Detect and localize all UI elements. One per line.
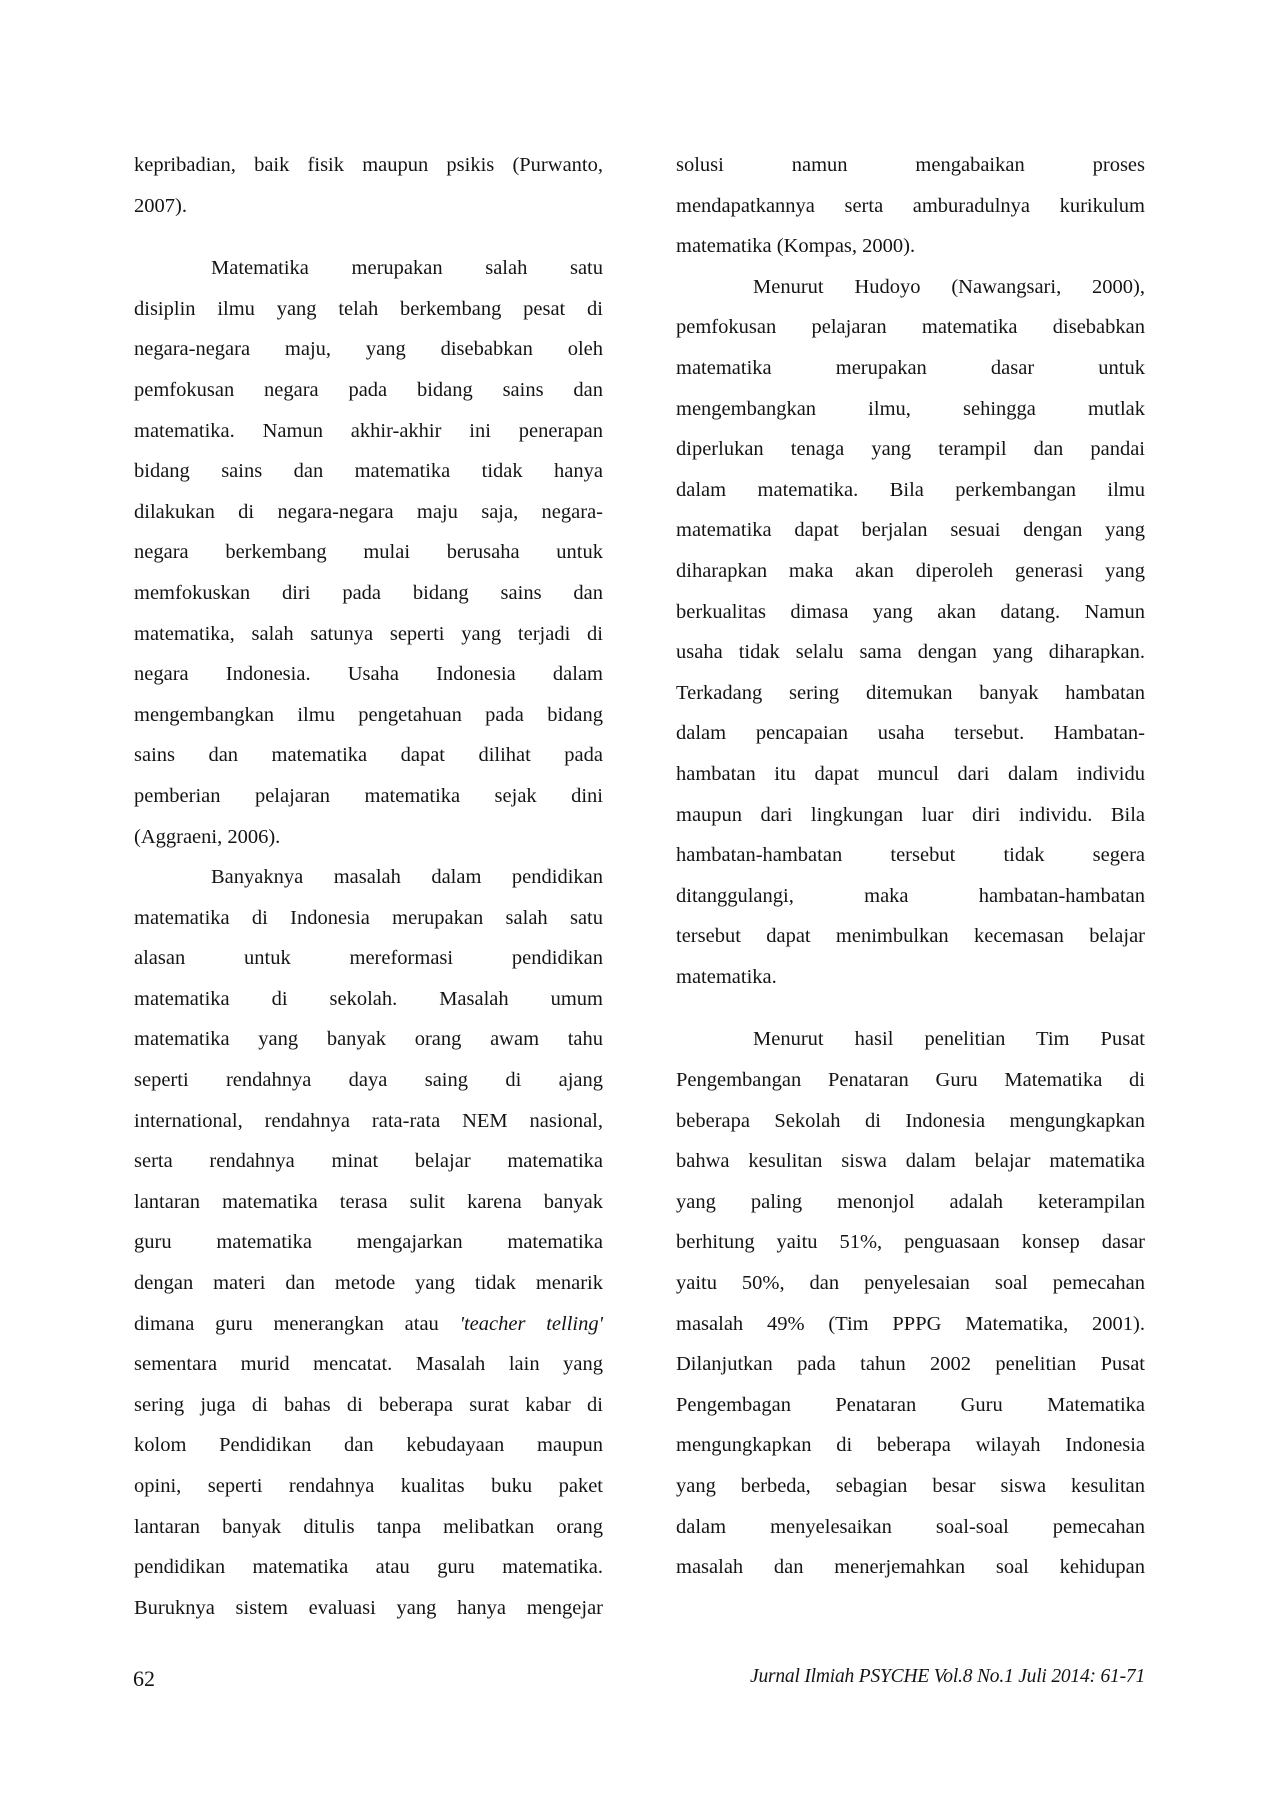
paragraph-2: Matematika merupakan salah satu disiplin… [134,248,603,857]
paragraph-1: kepribadian, baik fisik maupun psikis (P… [134,145,603,226]
text-line: matematika merupakan dasar untuk [676,348,1145,389]
right-column: solusi namun mengabaikan proses mendapat… [676,145,1145,1588]
text-line: bahwa kesulitan siswa dalam belajar mate… [676,1141,1145,1182]
text-line: mengungkapkan di beberapa wilayah Indone… [676,1425,1145,1466]
text-line: lantaran banyak ditulis tanpa melibatkan… [134,1507,603,1548]
text-line: serta rendahnya minat belajar matematika [134,1141,603,1182]
text-line: dalam matematika. Bila perkembangan ilmu [676,470,1145,511]
paragraph-4: solusi namun mengabaikan proses mendapat… [676,145,1145,267]
text-line: mendapatkannya serta amburadulnya kuriku… [676,186,1145,227]
text-line: memfokuskan diri pada bidang sains dan [134,573,603,614]
text-line: 2007). [134,186,603,227]
text-line: diperlukan tenaga yang terampil dan pand… [676,429,1145,470]
text-line: disiplin ilmu yang telah berkembang pesa… [134,289,603,330]
text-line: opini, seperti rendahnya kualitas buku p… [134,1466,603,1507]
text-line: dalam menyelesaikan soal-soal pemecahan [676,1507,1145,1548]
text-line: Menurut hasil penelitian Tim Pusat [676,1019,1145,1060]
text-line: negara-negara maju, yang disebabkan oleh [134,329,603,370]
text-line: hambatan-hambatan tersebut tidak segera [676,835,1145,876]
text-line: Dilanjutkan pada tahun 2002 penelitian P… [676,1344,1145,1385]
text-line: maupun dari lingkungan luar diri individ… [676,795,1145,836]
text-line: guru matematika mengajarkan matematika [134,1222,603,1263]
text-line: matematika yang banyak orang awam tahu [134,1019,603,1060]
text-line: matematika dapat berjalan sesuai dengan … [676,510,1145,551]
text-line: dilakukan di negara-negara maju saja, ne… [134,492,603,533]
text-line: yang paling menonjol adalah keterampilan [676,1182,1145,1223]
italic-phrase: 'teacher telling' [460,1313,603,1335]
text-line: yang berbeda, sebagian besar siswa kesul… [676,1466,1145,1507]
text-line: international, rendahnya rata-rata NEM n… [134,1101,603,1142]
text-line: alasan untuk mereformasi pendidikan [134,938,603,979]
text-line: usaha tidak selalu sama dengan yang diha… [676,632,1145,673]
text-line: matematika di Indonesia merupakan salah … [134,898,603,939]
text-line: matematika. Namun akhir-akhir ini penera… [134,411,603,452]
text-line: Pengembangan Penataran Guru Matematika d… [676,1060,1145,1101]
text-line: pemfokusan negara pada bidang sains dan [134,370,603,411]
journal-citation: Jurnal Ilmiah PSYCHE Vol.8 No.1 Juli 201… [750,1666,1145,1688]
text-line: berhitung yaitu 51%, penguasaan konsep d… [676,1222,1145,1263]
text-segment: dimana guru menerangkan atau [134,1313,439,1335]
paragraph-5: Menurut Hudoyo (Nawangsari, 2000), pemfo… [676,267,1145,998]
text-line: masalah dan menerjemahkan soal kehidupan [676,1547,1145,1588]
text-line: hambatan itu dapat muncul dari dalam ind… [676,754,1145,795]
text-line-with-italic: dimana guru menerangkan atau 'teacher te… [134,1304,603,1345]
text-line: Pengembagan Penataran Guru Matematika [676,1385,1145,1426]
text-line: (Aggraeni, 2006). [134,817,603,858]
text-line: masalah 49% (Tim PPPG Matematika, 2001). [676,1304,1145,1345]
text-line: solusi namun mengabaikan proses [676,145,1145,186]
text-line: pemberian pelajaran matematika sejak din… [134,776,603,817]
text-line: Menurut Hudoyo (Nawangsari, 2000), [676,267,1145,308]
left-column: kepribadian, baik fisik maupun psikis (P… [134,145,603,1628]
text-line: lantaran matematika terasa sulit karena … [134,1182,603,1223]
text-line: seperti rendahnya daya saing di ajang [134,1060,603,1101]
text-line: pendidikan matematika atau guru matemati… [134,1547,603,1588]
text-line: kolom Pendidikan dan kebudayaan maupun [134,1425,603,1466]
paragraph-3: Banyaknya masalah dalam pendidikan matem… [134,857,603,1628]
text-line: Banyaknya masalah dalam pendidikan [134,857,603,898]
text-line: diharapkan maka akan diperoleh generasi … [676,551,1145,592]
text-line: bidang sains dan matematika tidak hanya [134,451,603,492]
text-line: ditanggulangi, maka hambatan-hambatan [676,876,1145,917]
paragraph-6: Menurut hasil penelitian Tim Pusat Penge… [676,1019,1145,1587]
text-line: sering juga di bahas di beberapa surat k… [134,1385,603,1426]
text-line: Matematika merupakan salah satu [134,248,603,289]
text-line: sementara murid mencatat. Masalah lain y… [134,1344,603,1385]
text-line: mengembangkan ilmu, sehingga mutlak [676,389,1145,430]
text-line: yaitu 50%, dan penyelesaian soal pemecah… [676,1263,1145,1304]
text-line: dalam pencapaian usaha tersebut. Hambata… [676,713,1145,754]
text-line: kepribadian, baik fisik maupun psikis (P… [134,145,603,186]
text-line: matematika. [676,957,1145,998]
text-line: berkualitas dimasa yang akan datang. Nam… [676,592,1145,633]
text-line: tersebut dapat menimbulkan kecemasan bel… [676,916,1145,957]
text-line: negara Indonesia. Usaha Indonesia dalam [134,654,603,695]
text-line: matematika (Kompas, 2000). [676,226,1145,267]
text-line: matematika di sekolah. Masalah umum [134,979,603,1020]
text-line: dengan materi dan metode yang tidak mena… [134,1263,603,1304]
text-line: negara berkembang mulai berusaha untuk [134,532,603,573]
text-line: beberapa Sekolah di Indonesia mengungkap… [676,1101,1145,1142]
text-line: Terkadang sering ditemukan banyak hambat… [676,673,1145,714]
text-line: mengembangkan ilmu pengetahuan pada bida… [134,695,603,736]
text-line: Buruknya sistem evaluasi yang hanya meng… [134,1588,603,1629]
text-line: sains dan matematika dapat dilihat pada [134,735,603,776]
text-line: matematika, salah satunya seperti yang t… [134,614,603,655]
text-line: pemfokusan pelajaran matematika disebabk… [676,307,1145,348]
page-number: 62 [133,1666,155,1692]
